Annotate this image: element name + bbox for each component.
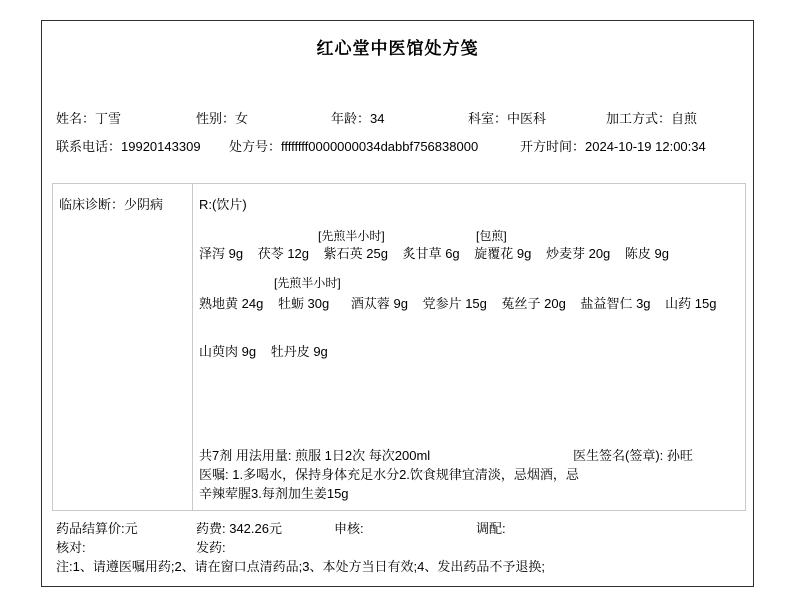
field-age-label: 年龄： [331, 111, 370, 126]
diagnosis-column: 临床诊断：少阴病 [53, 184, 193, 510]
field-issue-time: 开方时间：2024-10-19 12:00:34 [520, 139, 706, 155]
diagnosis: 临床诊断：少阴病 [59, 197, 163, 213]
dispense-prep-field: 调配: [476, 521, 506, 537]
herb-item: 牡丹皮 9g [271, 344, 328, 360]
field-age: 年龄：34 [331, 111, 384, 127]
decoction-note: [先煎半小时] [274, 275, 341, 291]
herb-item: 酒苁蓉 9g [351, 296, 408, 312]
field-department: 科室：中医科 [468, 111, 546, 127]
field-name-label: 姓名： [56, 111, 95, 126]
field-rx-number: 处方号：ffffffff0000000034dabbf756838000 [229, 139, 478, 155]
prescription-sheet: 红心堂中医馆处方笺 姓名：丁雪 性别：女 年龄：34 科室：中医科 加工方式：自… [41, 20, 754, 587]
field-age-value: 34 [370, 111, 384, 126]
field-name-value: 丁雪 [95, 111, 121, 126]
herb-row-2: 熟地黄 24g 牡蛎 30g 酒苁蓉 9g 党参片 15g 菟丝子 20g 盐益… [199, 296, 727, 312]
page-title: 红心堂中医馆处方笺 [42, 34, 753, 59]
field-issue-time-label: 开方时间： [520, 139, 585, 154]
field-processing-value: 自煎 [671, 111, 697, 126]
settlement-price: 药品结算价:元 [56, 521, 138, 537]
field-rx-number-value: ffffffff0000000034dabbf756838000 [281, 139, 478, 154]
field-processing-label: 加工方式： [606, 111, 671, 126]
herb-item: 旋覆花 9g [474, 246, 531, 262]
field-gender: 性别：女 [196, 111, 248, 127]
field-phone: 联系电话：19920143309 [56, 139, 201, 155]
doctor-signature: 医生签名(签章): 孙旺 [573, 448, 693, 464]
diagnosis-value: 少阴病 [124, 197, 163, 212]
herb-item: 山药 15g [665, 296, 716, 312]
herb-row-3: 山萸肉 9g 牡丹皮 9g [199, 344, 339, 360]
usage-line: 共7剂 用法用量: 煎服 1日2次 每次200ml [199, 448, 430, 464]
advice-line-1: 医嘱: 1.多喝水，保持身体充足水分2.饮食规律宜清淡，忌烟酒，忌 [199, 467, 579, 483]
prescription-box: 临床诊断：少阴病 R:(饮片) [先煎半小时] [包煎] 泽泻 9g 茯苓 12… [52, 183, 746, 511]
herb-item: 党参片 15g [423, 296, 487, 312]
dispense-field: 发药: [196, 540, 226, 556]
herb-item: 茯苓 12g [258, 246, 309, 262]
field-phone-value: 19920143309 [121, 139, 201, 154]
field-department-value: 中医科 [507, 111, 546, 126]
herb-item: 盐益智仁 3g [580, 296, 650, 312]
decoction-note: [包煎] [476, 228, 507, 244]
herb-item: 泽泻 9g [199, 246, 243, 262]
herb-item: 菟丝子 20g [502, 296, 566, 312]
decoction-note: [先煎半小时] [318, 228, 385, 244]
herb-item: 山萸肉 9g [199, 344, 256, 360]
field-processing: 加工方式：自煎 [606, 111, 697, 127]
diagnosis-label: 临床诊断： [59, 197, 124, 212]
herb-row-1: 泽泻 9g 茯苓 12g 紫石英 25g 炙甘草 6g 旋覆花 9g 炒麦芽 2… [199, 246, 680, 262]
herb-item: 紫石英 25g [324, 246, 388, 262]
herb-row-1-annotations: [先煎半小时] [包煎] [199, 228, 739, 244]
advice-line-2: 辛辣荤腥3.每剂加生姜15g [199, 486, 349, 502]
field-gender-value: 女 [235, 111, 248, 126]
field-department-label: 科室： [468, 111, 507, 126]
herb-item: 熟地黄 24g [199, 296, 263, 312]
field-rx-number-label: 处方号： [229, 139, 281, 154]
prescription-page: 红心堂中医馆处方笺 姓名：丁雪 性别：女 年龄：34 科室：中医科 加工方式：自… [0, 0, 800, 600]
field-phone-label: 联系电话： [56, 139, 121, 154]
review-field: 申核: [334, 521, 364, 537]
herb-item: 炒麦芽 20g [546, 246, 610, 262]
herb-item: 炙甘草 6g [403, 246, 460, 262]
field-gender-label: 性别： [196, 111, 235, 126]
herb-item: 牡蛎 30g [278, 296, 329, 312]
fee: 药费: 342.26元 [196, 521, 282, 537]
check-field: 核对: [56, 540, 86, 556]
field-name: 姓名：丁雪 [56, 111, 121, 127]
herb-item: 陈皮 9g [625, 246, 669, 262]
rx-header: R:(饮片) [199, 197, 247, 213]
footer-note: 注:1、请遵医嘱用药;2、请在窗口点清药品;3、本处方当日有效;4、发出药品不予… [56, 559, 545, 575]
herb-row-2-annotations: [先煎半小时] [199, 275, 739, 291]
field-issue-time-value: 2024-10-19 12:00:34 [585, 139, 706, 154]
